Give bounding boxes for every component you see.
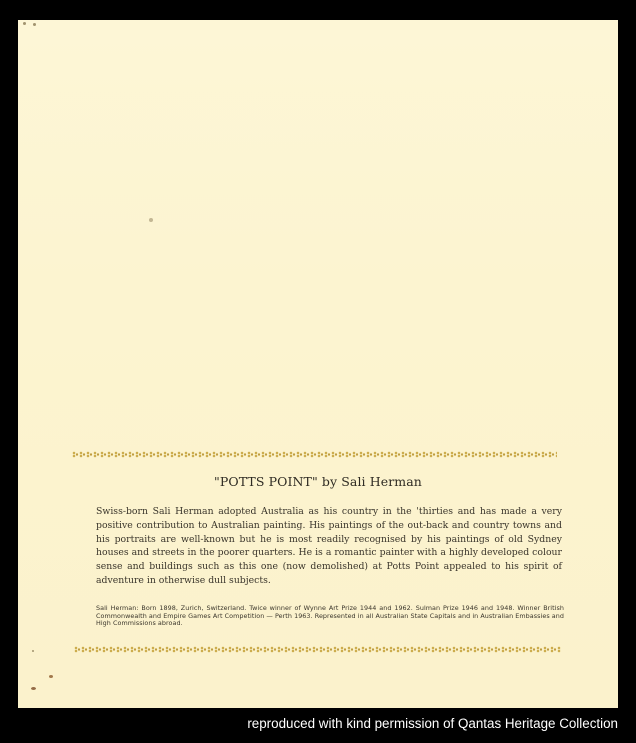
decorative-border-bottom bbox=[74, 646, 561, 653]
paper-speck bbox=[149, 218, 153, 222]
artwork-description: Swiss-born Sali Herman adopted Australia… bbox=[96, 505, 562, 588]
decorative-border-top bbox=[72, 451, 557, 458]
paper-speck bbox=[33, 23, 36, 26]
paper-speck bbox=[31, 687, 36, 690]
paper-speck bbox=[23, 22, 26, 25]
paper-speck bbox=[32, 650, 34, 652]
paper-speck bbox=[49, 675, 53, 678]
credit-caption: reproduced with kind permission of Qanta… bbox=[247, 716, 618, 731]
artwork-title: "POTTS POINT" by Sali Herman bbox=[0, 474, 636, 489]
artist-bio: Sali Herman: Born 1898, Zurich, Switzerl… bbox=[96, 605, 564, 628]
